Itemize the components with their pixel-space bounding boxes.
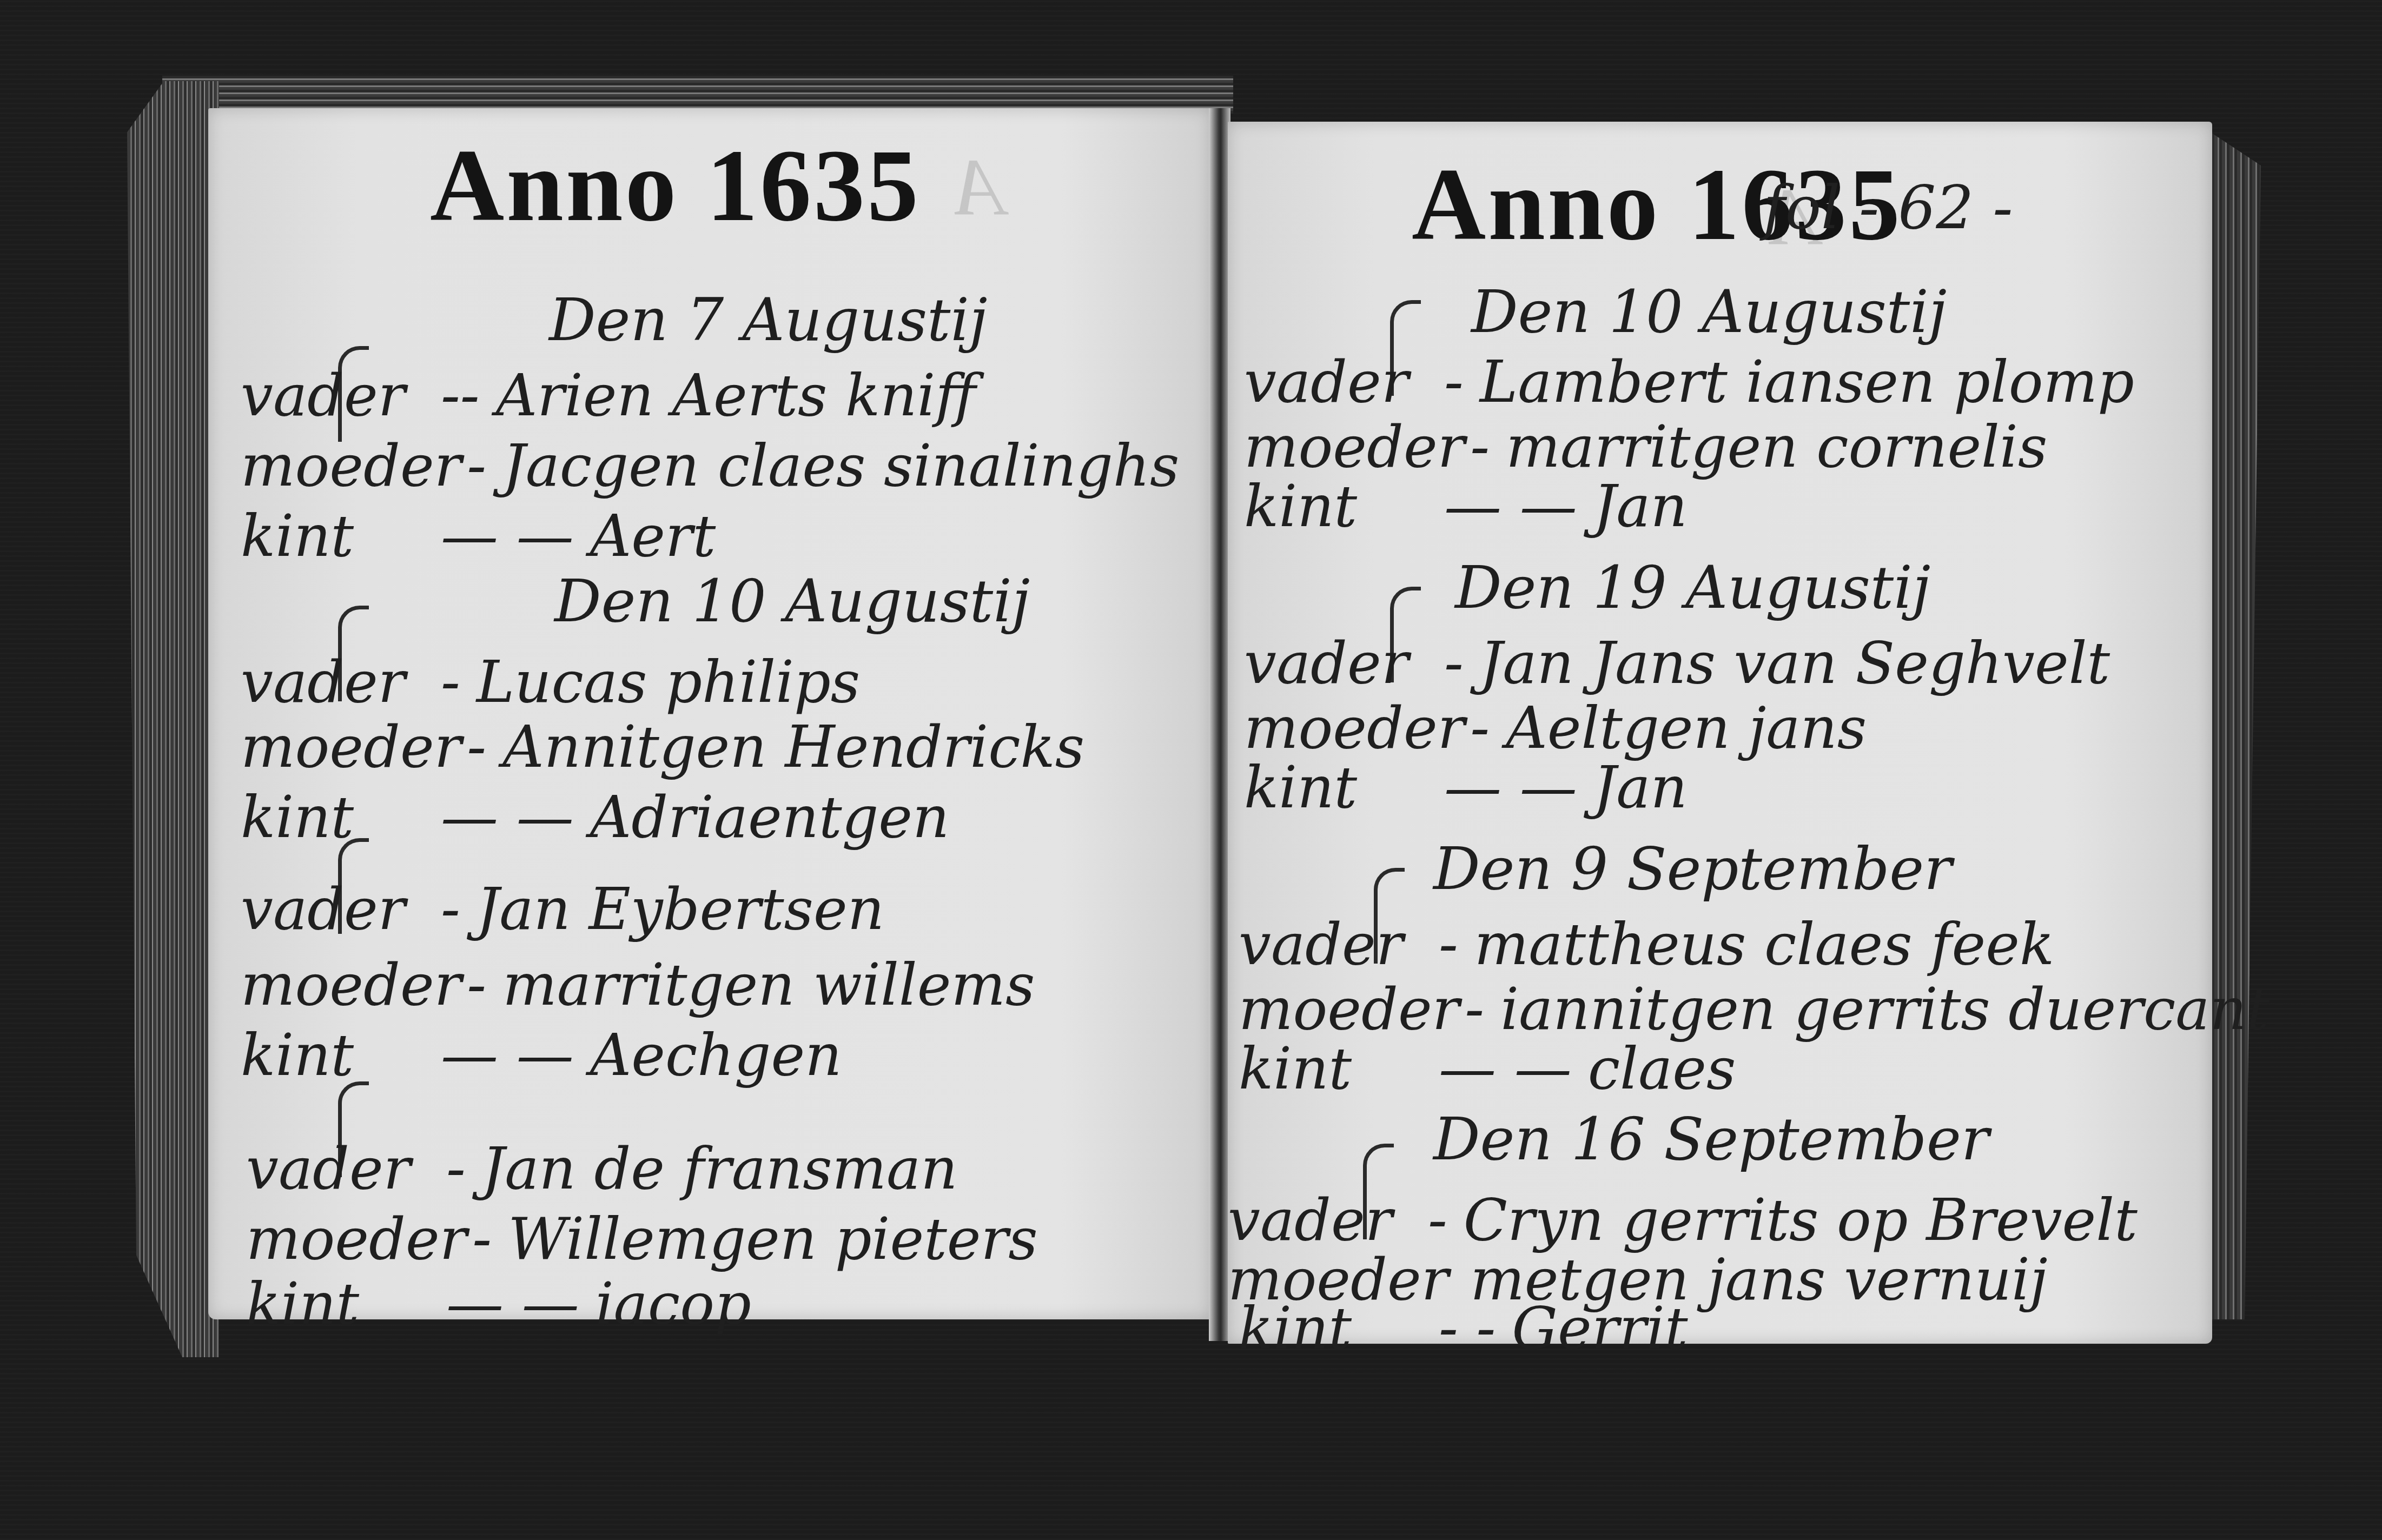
- father-name: Jan de fransman: [482, 1136, 958, 1202]
- mother-name: Jacgen claes sinalinghs: [502, 433, 1179, 499]
- mother-name: marritgen willems: [502, 952, 1035, 1018]
- child-row: kint— —Jan: [1244, 473, 1688, 540]
- child-name: Aechgen: [590, 1022, 842, 1088]
- child-row: kint— —iacop: [246, 1271, 751, 1337]
- child-row: kint— —Adriaentgen: [241, 784, 949, 851]
- mother-name: Willemgen pieters: [508, 1206, 1037, 1272]
- father-row: vader-mattheus claes feek: [1239, 911, 2054, 978]
- entry-date: Den 9 September: [1433, 835, 1952, 903]
- mother-name: Annitgen Hendricks: [502, 714, 1084, 780]
- father-row: vader-Jan Eybertsen: [241, 876, 884, 942]
- father-row: vader-Cryn gerrits op Brevelt: [1228, 1187, 2138, 1253]
- entry-date: Den 7 Augustij: [549, 287, 988, 354]
- father-name: Cryn gerrits op Brevelt: [1464, 1187, 2138, 1253]
- father-name: Lambert iansen plomp: [1480, 349, 2134, 415]
- child-name: claes: [1588, 1035, 1736, 1102]
- mother-row: moeder-Willemgen pieters: [246, 1206, 1038, 1272]
- child-name: Gerrit: [1512, 1295, 1688, 1362]
- bleed-through-text: A: [955, 141, 1004, 234]
- father-row: vader-Jan de fransman: [246, 1136, 958, 1202]
- father-name: Jan Eybertsen: [477, 876, 884, 942]
- father-name: Lucas philips: [477, 649, 860, 715]
- entry-date: Den 19 Augustij: [1455, 554, 1930, 622]
- child-row: kint— —claes: [1239, 1035, 1736, 1102]
- mother-row: moeder-Aeltgen jans: [1244, 695, 1867, 761]
- child-row: kint— —Jan: [1244, 754, 1688, 821]
- mother-name: Aeltgen jans: [1506, 695, 1867, 761]
- father-row: vader-Jan Jans van Seghvelt: [1244, 630, 2110, 696]
- entry-date: Den 16 September: [1433, 1106, 1989, 1173]
- father-name: mattheus claes feek: [1474, 911, 2054, 978]
- mother-name: marritgen cornelis: [1506, 414, 2047, 480]
- mother-row: moeder-Annitgen Hendricks: [241, 714, 1084, 780]
- child-name: Aert: [590, 503, 716, 569]
- child-name: iacop: [595, 1271, 751, 1337]
- book-gutter: [1209, 108, 1230, 1341]
- mother-row: moeder-Jacgen claes sinalinghs: [241, 433, 1179, 499]
- mother-row: moeder-marritgen willems: [241, 952, 1035, 1018]
- mother-row: moeder-iannitgen gerrits duercant: [1239, 976, 2269, 1043]
- mother-label: moeder: [241, 433, 461, 499]
- child-name: Adriaentgen: [590, 784, 950, 851]
- father-row: vader-Lambert iansen plomp: [1244, 349, 2134, 415]
- mother-name: iannitgen gerrits duercant: [1500, 976, 2269, 1043]
- entry-date: Den 10 Augustij: [554, 568, 1030, 635]
- father-row: vader--Arien Aerts kniff: [241, 362, 976, 429]
- father-name: Jan Jans van Seghvelt: [1480, 630, 2110, 696]
- child-row: kint— —Aechgen: [241, 1022, 842, 1088]
- mother-row: moeder-marritgen cornelis: [1244, 414, 2047, 480]
- child-name: Jan: [1593, 754, 1688, 821]
- book-left-page-stack: [127, 81, 219, 1357]
- father-row: vader-Lucas philips: [241, 649, 860, 715]
- child-row: kint- -Gerrit: [1239, 1295, 1688, 1362]
- right-page: A Anno 1635 fol - 62 - Den 10 Augustij v…: [1228, 122, 2212, 1344]
- folio-number: fol - 62 -: [1763, 173, 2013, 242]
- father-label: vader: [241, 362, 435, 429]
- left-page: A Anno 1635 Den 7 Augustij vader--Arien …: [208, 108, 1212, 1319]
- left-page-heading: Anno 1635: [430, 127, 921, 245]
- father-name: Arien Aerts kniff: [496, 362, 976, 429]
- child-row: kint— —Aert: [241, 503, 716, 569]
- entry-date: Den 10 Augustij: [1471, 278, 1947, 346]
- child-label: kint: [241, 503, 435, 569]
- child-name: Jan: [1593, 473, 1688, 540]
